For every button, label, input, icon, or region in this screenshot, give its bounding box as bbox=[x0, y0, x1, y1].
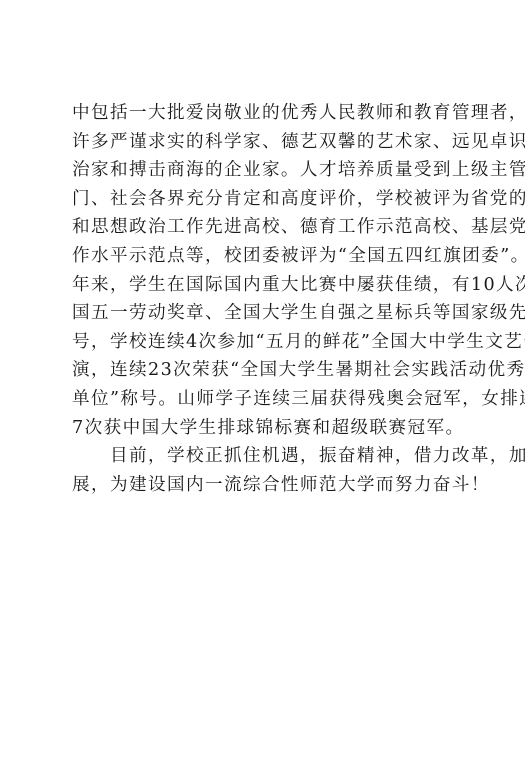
text-line: 7次获中国大学生排球锦标赛和超级联赛冠军。 bbox=[72, 414, 454, 443]
text-line: 中包括一大批爱岗敬业的优秀人民教师和教育管理者，以及 bbox=[72, 99, 454, 128]
text-line: 目前，学校正抓住机遇，振奋精神，借力改革，加快发 bbox=[72, 442, 454, 471]
paragraph-conclusion: 目前，学校正抓住机遇，振奋精神，借力改革，加快发 展，为建设国内一流综合性师范大… bbox=[72, 442, 454, 499]
text-line: 演，连续23次荣获“全国大学生暑期社会实践活动优秀组织 bbox=[72, 356, 454, 385]
text-line: 治家和搏击商海的企业家。人才培养质量受到上级主管部 bbox=[72, 156, 454, 185]
text-line: 展，为建设国内一流综合性师范大学而努力奋斗！ bbox=[72, 471, 454, 500]
paragraph-achievements: 中包括一大批爱岗敬业的优秀人民教师和教育管理者，以及 许多严谨求实的科学家、德艺… bbox=[72, 99, 454, 442]
text-line: 门、社会各界充分肯定和高度评价，学校被评为省党的建设 bbox=[72, 185, 454, 214]
document-page: 中包括一大批爱岗敬业的优秀人民教师和教育管理者，以及 许多严谨求实的科学家、德艺… bbox=[72, 99, 454, 499]
text-line: 许多严谨求实的科学家、德艺双馨的艺术家、远见卓识的政 bbox=[72, 128, 454, 157]
text-line: 作水平示范点等，校团委被评为“全国五四红旗团委”。近 bbox=[72, 242, 454, 271]
text-line: 号，学校连续4次参加“五月的鲜花”全国大中学生文艺会 bbox=[72, 328, 454, 357]
text-line: 国五一劳动奖章、全国大学生自强之星标兵等国家级先优称 bbox=[72, 299, 454, 328]
text-line: 年来，学生在国际国内重大比赛中屡获佳绩，有10人次获全 bbox=[72, 271, 454, 300]
text-line: 和思想政治工作先进高校、德育工作示范高校、基层党建工 bbox=[72, 213, 454, 242]
text-line: 单位”称号。山师学子连续三届获得残奥会冠军，女排连续 bbox=[72, 385, 454, 414]
